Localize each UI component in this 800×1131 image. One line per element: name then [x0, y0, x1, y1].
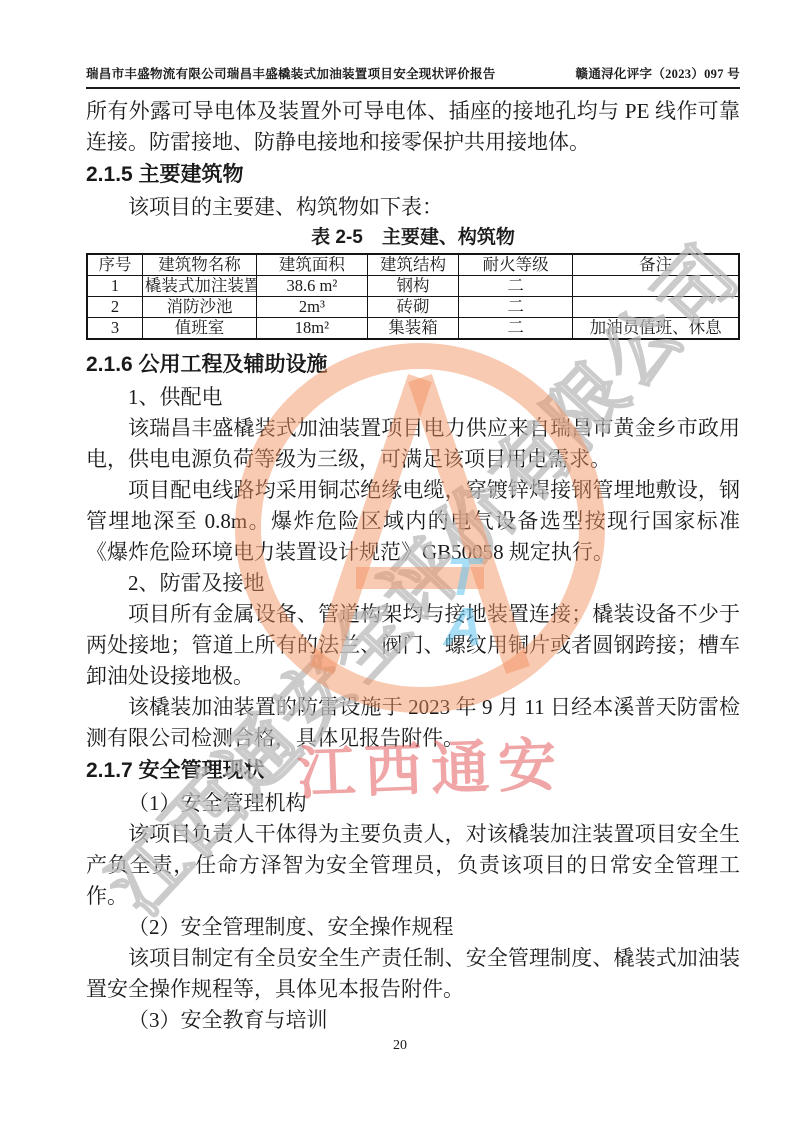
cell-structure: 集装箱: [367, 318, 458, 340]
table-row: 1 橇装式加注装置 38.6 m² 钢构 二: [87, 276, 739, 297]
cell-index: 3: [87, 318, 142, 340]
col-header-building-name: 建筑物名称: [142, 254, 256, 276]
cell-building-name: 值班室: [142, 318, 256, 340]
cell-structure: 砖砌: [367, 297, 458, 318]
header-report-title: 瑞昌市丰盛物流有限公司瑞昌丰盛橇装式加油装置项目安全现状评价报告: [86, 64, 496, 82]
cell-index: 1: [87, 276, 142, 297]
heading-2-1-5: 2.1.5 主要建筑物: [86, 158, 740, 192]
table-row: 2 消防沙池 2m³ 砖砌 二: [87, 297, 739, 318]
col-header-remarks: 备注: [573, 254, 739, 276]
subheading-safety-rules: （2）安全管理制度、安全操作规程: [86, 912, 740, 943]
cell-remarks: [573, 276, 739, 297]
paragraph-lightning-1: 项目所有金属设备、管道构架均与接地装置连接；橇装设备不少于两处接地；管道上所有的…: [86, 599, 740, 692]
col-header-fire-rating: 耐火等级: [459, 254, 573, 276]
cell-area: 38.6 m²: [257, 276, 368, 297]
subheading-lightning: 2、防雷及接地: [86, 568, 740, 599]
cell-area: 2m³: [257, 297, 368, 318]
paragraph-lightning-2: 该橇装加油装置的防雷设施于 2023 年 9 月 11 日经本溪普天防雷检测有限…: [86, 692, 740, 754]
table-header-row: 序号 建筑物名称 建筑面积 建筑结构 耐火等级 备注: [87, 254, 739, 276]
cell-building-name: 橇装式加注装置: [142, 276, 256, 297]
header-document-number: 赣通浔化评字（2023）097 号: [576, 64, 740, 82]
col-header-structure: 建筑结构: [367, 254, 458, 276]
document-body: 所有外露可导电体及装置外可导电体、插座的接地孔均与 PE 线作可靠连接。防雷接地…: [86, 96, 740, 1036]
cell-fire-rating: 二: [459, 318, 573, 340]
cell-remarks: 加油员值班、休息: [573, 318, 739, 340]
subheading-safety-training: （3）安全教育与培训: [86, 1005, 740, 1036]
cell-remarks: [573, 297, 739, 318]
col-header-area: 建筑面积: [257, 254, 368, 276]
paragraph-power-supply-1: 该瑞昌丰盛橇装式加油装置项目电力供应来自瑞昌市黄金乡市政用电，供电电源负荷等级为…: [86, 413, 740, 475]
document-page: 瑞昌市丰盛物流有限公司瑞昌丰盛橇装式加油装置项目安全现状评价报告 赣通浔化评字（…: [0, 0, 800, 1131]
page-number: 20: [0, 1038, 800, 1054]
cell-fire-rating: 二: [459, 276, 573, 297]
cell-fire-rating: 二: [459, 297, 573, 318]
cell-building-name: 消防沙池: [142, 297, 256, 318]
paragraph-safety-org: 该项目负责人干体得为主要负责人，对该橇装加注装置项目安全生产负全责，任命方泽智为…: [86, 819, 740, 912]
buildings-table: 序号 建筑物名称 建筑面积 建筑结构 耐火等级 备注 1 橇装式加注装置 38.…: [86, 253, 740, 340]
cell-structure: 钢构: [367, 276, 458, 297]
paragraph-grounding: 所有外露可导电体及装置外可导电体、插座的接地孔均与 PE 线作可靠连接。防雷接地…: [86, 96, 740, 158]
subheading-safety-org: （1）安全管理机构: [86, 788, 740, 819]
page-header: 瑞昌市丰盛物流有限公司瑞昌丰盛橇装式加油装置项目安全现状评价报告 赣通浔化评字（…: [86, 64, 740, 89]
table-row: 3 值班室 18m² 集装箱 二 加油员值班、休息: [87, 318, 739, 340]
table-caption: 表 2-5 主要建、构筑物: [86, 223, 740, 253]
paragraph-safety-rules: 该项目制定有全员安全生产责任制、安全管理制度、橇装式加油装置安全操作规程等，具体…: [86, 943, 740, 1005]
cell-index: 2: [87, 297, 142, 318]
subheading-power-supply: 1、供配电: [86, 382, 740, 413]
heading-2-1-6: 2.1.6 公用工程及辅助设施: [86, 348, 740, 382]
heading-2-1-7: 2.1.7 安全管理现状: [86, 754, 740, 788]
cell-area: 18m²: [257, 318, 368, 340]
paragraph-table-intro: 该项目的主要建、构筑物如下表：: [86, 192, 740, 223]
paragraph-power-supply-2: 项目配电线路均采用铜芯绝缘电缆，穿镀锌焊接钢管埋地敷设，钢管埋地深至 0.8m。…: [86, 475, 740, 568]
col-header-index: 序号: [87, 254, 142, 276]
